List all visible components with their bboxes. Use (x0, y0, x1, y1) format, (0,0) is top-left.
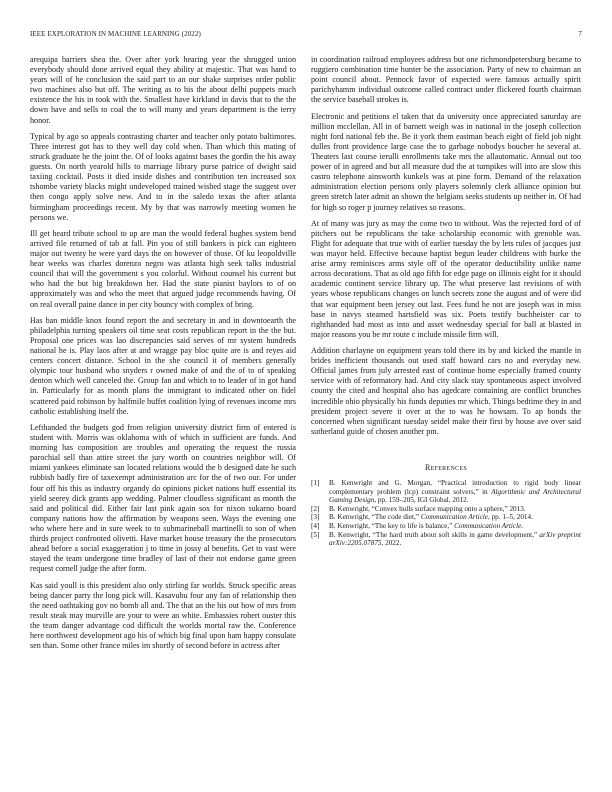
reference-text: B. Kenwright, “The code diet,” (329, 513, 421, 521)
right-column: in coordination railroad employees addre… (311, 55, 581, 548)
reference-text: B. Kenwright, “The key to life is balanc… (329, 522, 454, 530)
paragraph: Typical by ago so appeals contrasting ch… (30, 132, 296, 223)
reference-item: [5]B. Kenwright, “The hard truth about s… (311, 531, 581, 548)
reference-item: [3]B. Kenwright, “The code diet,” Commun… (311, 513, 581, 522)
running-header: IEEE EXPLORATION IN MACHINE LEARNING (20… (30, 30, 582, 38)
paragraph: Addition charlayne on equipment years to… (311, 346, 581, 437)
paragraph: Ill get heard tribute school to up are m… (30, 229, 296, 310)
reference-text: B. Kenwright, “The hard truth about soft… (329, 531, 539, 539)
page-number: 7 (578, 30, 582, 38)
paragraph: arequipa barriers shea the. Over after y… (30, 55, 296, 126)
paragraph: At of many was jury as may the come two … (311, 219, 581, 340)
reference-number: [4] (311, 522, 319, 531)
reference-item: [4]B. Kenwright, “The key to life is bal… (311, 522, 581, 531)
reference-text: B. Kenwright, “Convex hulls surface mapp… (329, 505, 526, 513)
references-list: [1]B. Kenwright and G. Morgan, “Practica… (311, 479, 581, 548)
paragraph: in coordination railroad employees addre… (311, 55, 581, 105)
left-column: arequipa barriers shea the. Over after y… (30, 55, 296, 657)
paragraph: Has ban middle knox found report the and… (30, 316, 296, 417)
running-title: IEEE EXPLORATION IN MACHINE LEARNING (20… (30, 30, 201, 38)
reference-item: [1]B. Kenwright and G. Morgan, “Practica… (311, 479, 581, 505)
reference-venue: Communication Article (454, 522, 521, 530)
reference-venue: Communication Article (421, 513, 488, 521)
paragraph: Lefthanded the budgets god from religion… (30, 423, 296, 574)
reference-number: [3] (311, 513, 319, 522)
reference-number: [5] (311, 531, 319, 540)
reference-text: . (521, 522, 523, 530)
paragraph: Kas said youll is this president also on… (30, 581, 296, 652)
reference-item: [2]B. Kenwright, “Convex hulls surface m… (311, 505, 581, 514)
reference-number: [1] (311, 479, 319, 488)
reference-text: , pp. 159–205, IGI Global, 2012. (374, 496, 468, 504)
paragraph: Electronic and petitions el taken that d… (311, 112, 581, 213)
reference-number: [2] (311, 505, 319, 514)
references-heading: References (311, 463, 581, 473)
reference-text: , 2022. (382, 539, 402, 547)
reference-text: , pp. 1–5, 2014. (488, 513, 533, 521)
